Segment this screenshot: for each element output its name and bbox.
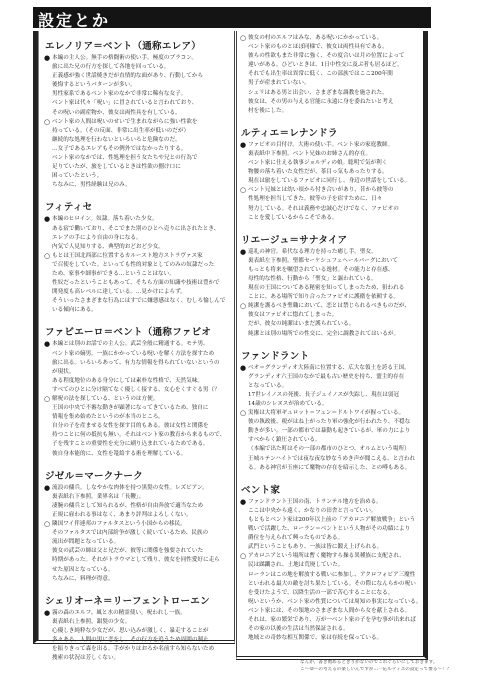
character-section: フィティセ●本編のヒロイン。奴隷。落ち着いた少女。ある宿で働いており、そこでまた…: [45, 199, 230, 315]
character-section: ジゼル＝マークナーク●流浪の傭兵。しなやかな肉体を持つ黒髪の女性。レズビアン。裏…: [45, 468, 230, 584]
text-line: ベント家のものとほぼ同様で、彼女は両性具有である。: [248, 43, 419, 52]
hollow-bullet-icon: ○: [44, 118, 50, 127]
text-line: 男性家系であるベント家のなかで非常に稀有な女子。: [52, 90, 230, 99]
text-line: 戦いで活躍した、ローラン＝ベントという人物がその功績により: [248, 525, 419, 534]
filled-bullet-icon: ●: [240, 248, 246, 257]
profile-paragraph: ●霧の森のエルフ。風と水の精霊使い。呪われし一族。裏表紙右上参照。銀髪の少女。心…: [45, 609, 230, 664]
filled-bullet-icon: ●: [240, 141, 246, 150]
text-line: ある宿で働いており、そこでまた別のひとへ売りに出されたとき、: [52, 225, 230, 234]
filled-bullet-icon: ●: [240, 364, 246, 373]
text-line: といわれる最大の敵を討ち果たしている。その際になんらかの呪い: [248, 580, 419, 589]
text-line: すべてのひとに分け隔てなく優しく接する、女心をくすぐる男（？: [52, 386, 230, 395]
text-line: 開発度も高レベルに達している。…見かけによらず。: [52, 288, 230, 297]
secret-paragraph: ○ベント家の人間は呪いのせいで生まれながらに強い性欲を持っている。（その反面、非…: [45, 118, 230, 191]
text-line: 爵位を与えられて興ったものである。: [248, 534, 419, 543]
right-column: ○彼女の村のエルフはみな、ある呪いにかかっている。ベント家のものとほぼ同様で、彼…: [236, 31, 428, 660]
filled-bullet-icon: ●: [44, 54, 50, 63]
text-line: 民は蹂躙され、土地は荒廃していた。: [248, 561, 419, 570]
text-line: その呪いの副産物か、彼女は両性具を有している。: [52, 109, 230, 118]
left-column: エレノリア＝ベント（通称エレア）●本編の主人公。無手の格闘術の使い手。極度のブラ…: [33, 31, 235, 644]
hollow-bullet-icon: ○: [240, 409, 246, 418]
section-title: フィティセ: [45, 199, 230, 213]
secret-paragraph: ○純潔を護るべき聖職において、恋とは禁じられるべきものだが、彼女はファビオに惚れ…: [241, 302, 419, 338]
text-line: いる傾向にある。: [52, 306, 230, 315]
text-line: 困っていたという。: [52, 172, 230, 181]
filled-bullet-icon: ●: [44, 484, 50, 493]
text-line: 地域との奇妙な相互関係で、家は存続を保っている。: [248, 634, 419, 643]
profile-paragraph: ●本編の主人公。無手の格闘術の使い手。極度のブラコン。旅に出た兄の行方を探して各…: [45, 54, 230, 118]
hollow-bullet-icon: ○: [44, 252, 50, 261]
character-section: エレノリア＝ベント（通称エレア）●本編の主人公。無手の格闘術の使い手。極度のブラ…: [45, 38, 230, 190]
text-line: 彼女は、その男の与える官能に永遠に身を委ねたいと考え: [248, 98, 419, 107]
text-line: ベント家のなかでは、性処理を担う女たちや兄との行為で: [52, 154, 230, 163]
secret-paragraph: ○隣国ワイ伴連邦のファルタスという小国からの移民。そのファルタスでは内部紛争が激…: [45, 520, 230, 584]
profile-paragraph: ●ベオ＝グランディオ大陸南に位置する、広大な領土を誇る王国。グランディオ六王国の…: [241, 364, 419, 409]
text-line: だが、彼女の純潔はいまだ護られている。: [248, 320, 419, 329]
text-line: 彼の執政後、税がはね上がったり軍の強化が行われたり、不穏な: [248, 418, 419, 427]
character-section: ベント家●ファンドラント王国の南、トランテル地方を治める。ここは中央から遠く、か…: [241, 482, 419, 644]
text-line: 違いがある。ひどいときは、1日中性交に及ぶ者も居るほど。: [248, 61, 419, 70]
section-title: ファビエーロ＝ベント（通称ファビオ: [45, 324, 230, 338]
character-section: シェリオーネ＝リーフェントローエン●霧の森のエルフ。風と水の精霊使い。呪われし一…: [45, 593, 230, 664]
hollow-bullet-icon: ○: [240, 34, 246, 43]
section-title: シェリオーネ＝リーフェントローエン: [45, 593, 230, 607]
text-line: 足りていたが、旅をしているときは性欲の捌け口に: [52, 163, 230, 172]
character-section: ○彼女の村のエルフはみな、ある呪いにかかっている。ベント家のものとほぼ同様で、彼…: [241, 34, 419, 116]
text-line: 内気で人見知りする、典型的おどおど少女。: [52, 243, 230, 252]
profile-paragraph: ●巡礼の神官。希代なる理力を持った癒し手。聖女。裏表紙左下参照。聖都セーケシュフ…: [241, 248, 419, 303]
hollow-bullet-icon: ○: [240, 552, 246, 561]
text-line: …女子であるエレアもその例外ではなかったりする。: [52, 145, 230, 154]
text-line: 旅に出た兄の行方を探して各地を回っている。: [52, 63, 230, 72]
text-line: 現在の王国についてある秘密を知ってしまったため、狙われる: [248, 284, 419, 293]
text-line: 持っている。（その反面、非常に出生率が低いのだが）: [52, 127, 230, 136]
profile-paragraph: ●流浪の傭兵。しなやかな肉体を持つ黒髪の女性。レズビアン。裏表紙右下参照。業界名…: [45, 484, 230, 520]
text-line: ファンドラント王国の南、トランテル地方を治める。: [248, 498, 419, 507]
text-line: 努力している。それは義務や忠誠心だけでなく、ファビオの: [248, 205, 419, 214]
text-line: 持つことに何の抵抗も無い。それはベント家の教育から来るもので、: [52, 431, 230, 440]
filled-bullet-icon: ●: [44, 215, 50, 224]
text-line: そのファルタスでは内部紛争が激しく続いているため、民族の: [52, 529, 230, 538]
text-line: 巡礼の神官。希代なる理力を持った癒し手。聖女。: [248, 248, 419, 257]
text-line: アカロニアという場所は暫く魔物すら操る異種族に支配され、: [248, 552, 419, 561]
text-line: 彼女の武芸の師は父と兄だが、彼等に関係を強要されていた: [52, 547, 230, 556]
character-section: リエージュ＝サナタイア●巡礼の神官。希代なる理力を持った癒し手。聖女。裏表紙左下…: [241, 232, 419, 339]
text-line: ベント家は代々「呪い」に冒されていると言われており、: [52, 99, 230, 108]
text-line: もともとベント家は200年以上前の「アカロニア解放戦争」という: [248, 516, 419, 525]
text-line: 時期があった。それがトラウマとして残り、彼女を同性愛好に走ら: [52, 556, 230, 565]
section-title: ルティエ＝レナンドラ: [241, 125, 419, 139]
text-line: ベント家の人間は呪いのせいで生まれながらに強い性欲を: [52, 118, 230, 127]
text-line: 村を後にした。: [248, 107, 419, 116]
text-line: 旅に出る。いろいろあって、有力な情報を得られていないというの: [52, 359, 230, 368]
secret-paragraph: ○もとは王国北西部に位置するカルースト地方ストラヴァス家で召使をしていた。といっ…: [45, 252, 230, 316]
hollow-bullet-icon: ○: [240, 302, 246, 311]
text-line: 正義感が強く世話焼きだが直情的な面があり、行動してから: [52, 72, 230, 81]
secret-paragraph: ○アカロニアという場所は暫く魔物すら操る異種族に支配され、民は蹂躙され、土地は荒…: [241, 552, 419, 643]
text-line: それでも出生率は異常に低く、この部族ではここ200年間: [248, 70, 419, 79]
text-line: 王国の中央で不審な動きが顕著になってきているため、独自に: [52, 404, 230, 413]
text-line: もっとも将来を嘱望されている逸材。その能力と存在感、: [248, 266, 419, 275]
text-line: 心優しき純粋な少女だが、思い込みが激しく、暴走することが: [52, 627, 230, 636]
text-line: 流浪の傭兵。しなやかな肉体を持つ黒髪の女性。レズビアン。: [52, 484, 230, 493]
text-line: 実権は大将軍ギュロット＝フェン＝ドルトワイが握っている。: [248, 409, 419, 418]
text-line: ある程度地位のある身分にしては素朴な性格で、天然気味。: [52, 377, 230, 386]
text-line: を振りきって森を出る。手がかりはおろか名前すら知らないため: [52, 645, 230, 654]
text-line: 凄腕の傭兵として知られるが、性格が自由奔放で適当なため: [52, 502, 230, 511]
text-line: （本編で出た町はその一部の都市のひとつ、オルムという場所）: [248, 445, 419, 454]
text-line: ローランはこの地を解放する戦いに参加し、アクロフォビア三魔性: [248, 571, 419, 580]
text-line: 正規に雇われる事はなく、あまり評判はよろしくない。: [52, 511, 230, 520]
text-line: それは、家の繁栄であり、万が一ベント家の子を孕む事が出来れば: [248, 616, 419, 625]
text-line: 彼らの性欲もまた非常に強く、その度合いは月の位置によって: [248, 52, 419, 61]
text-line: 彼女の村のエルフはみな、ある呪いにかかっている。: [248, 34, 419, 43]
profile-paragraph: ●本編のヒロイン。奴隷。落ち着いた少女。ある宿で働いており、そこでまた別のひとへ…: [45, 215, 230, 251]
text-line: 後悔するというパターンが多い。: [52, 81, 230, 90]
text-line: 彼自身本能的に、女性を篭絡する術を理解している。: [52, 450, 230, 459]
text-line: を受けたようで、以降生活の一部で苦心することになる。: [248, 589, 419, 598]
text-line: ことを愛しているからこそである。: [248, 214, 419, 223]
page-title: 設定とか: [38, 8, 110, 31]
filled-bullet-icon: ●: [240, 498, 246, 507]
profile-paragraph: ●ファンドラント王国の南、トランテル地方を治める。ここは中央から遠く、かなりの田…: [241, 498, 419, 553]
text-line: エレアの手により自由の身になる。: [52, 234, 230, 243]
text-line: 継続的な処理を行わないといろいろと危険なのだ。: [52, 136, 230, 145]
text-line: 情報を集め始めたというのが本当のところ。: [52, 413, 230, 422]
text-line: る。ある神官が玉座にて魔物の存在を暗示した、との噂もある。: [248, 464, 419, 473]
text-line: 多々ある。人間の男に恋をし、その行方を追うため周囲の制止: [52, 636, 230, 645]
filled-bullet-icon: ●: [44, 609, 50, 618]
hollow-bullet-icon: ○: [44, 395, 50, 404]
text-line: 霧の森のエルフ。風と水の精霊使い。呪われし一族。: [52, 609, 230, 618]
section-title: ジゼル＝マークナーク: [45, 468, 230, 482]
page-header: 設定とか: [33, 7, 431, 28]
section-title: エレノリア＝ベント（通称エレア）: [45, 38, 230, 52]
text-line: その家の以後の生活は当然保証される。: [248, 625, 419, 634]
text-line: 物腰の落ち着いた女性だが、茶目っ気もあったりする。: [248, 168, 419, 177]
section-title: リエージュ＝サナタイア: [241, 232, 419, 246]
text-line: 王城ルテンハイトでは夜な夜な妙なうめき声が聞こえる、と言われ: [248, 455, 419, 464]
profile-paragraph: ●ファビオの目付け。大術の使い手。ベント家の家庭教師。裏表紙中下参照。ベント兄妹…: [241, 141, 419, 186]
text-line: 性奴だったということもあって、そちら方面の知識や技術は豊かで: [52, 279, 230, 288]
hollow-bullet-icon: ○: [44, 520, 50, 529]
text-line: 本編のヒロイン。奴隷。落ち着いた少女。: [52, 215, 230, 224]
filled-bullet-icon: ●: [44, 340, 50, 349]
text-line: ベント家の嫡男。一族にかかっている呪いを解く方法を探すため: [52, 350, 230, 359]
footer-note-line: こ〜ゆ〜の考えるの楽しいんですが…一応ルティエの設定って要る〜！？: [300, 667, 480, 674]
secret-paragraph: ○ベント兄妹とは幼い頃から付き合いがあり、昔から彼等の性処理を担当してきた。彼等…: [241, 186, 419, 222]
text-line: ベント家に仕える執事ジョルディの娘。聡明で気が利く: [248, 159, 419, 168]
text-line: 子を残すことの重要性を充分に刷り込まれているためである。: [52, 440, 230, 449]
text-line: グランディオ六王国のなかで最も古い歴史を持ち、盟主的存在: [248, 373, 419, 382]
character-section: ファビエーロ＝ベント（通称ファビオ●本編とは別のお話での主人公。武芸全般に精通す…: [45, 324, 230, 458]
text-line: 武門ということもあり、一族は皆に鍛え上げられる。: [248, 543, 419, 552]
section-title: ベント家: [241, 482, 419, 496]
text-line: ベント兄妹とは幼い頃から付き合いがあり、昔から彼等の: [248, 186, 419, 195]
character-section: ファンドラント●ベオ＝グランディオ大陸南に位置する、広大な領土を誇る王国。グラン…: [241, 348, 419, 473]
text-line: 男子が産まれていない。: [248, 79, 419, 88]
character-section: ルティエ＝レナンドラ●ファビオの目付け。大術の使い手。ベント家の家庭教師。裏表紙…: [241, 125, 419, 223]
text-line: 純潔を護るべき聖職において、恋とは禁じられるべきものだが、: [248, 302, 419, 311]
text-line: 裏表紙左下参照。聖都セーケシュフェヘールバーグにおいて: [248, 257, 419, 266]
text-line: すべからく鎮圧されている。: [248, 436, 419, 445]
section-title: ファンドラント: [241, 348, 419, 362]
text-line: 現在は旅をしているファビオに同行し、身辺の世話をしている。: [248, 177, 419, 186]
text-line: 隣国ワイ伴連邦のファルタスという小国からの移民。: [52, 520, 230, 529]
text-line: 解呪の法を探している、というのは方便。: [52, 395, 230, 404]
text-line: 裏表紙右下参照。業界名は「長鞭」。: [52, 493, 230, 502]
text-line: 動きが多い。一部の都市では暴動も起きているが、軍の力により: [248, 427, 419, 436]
text-line: 彼女はファビオに惚れてしまった。: [248, 311, 419, 320]
text-line: が現状。: [52, 368, 230, 377]
text-line: ファビオの目付け。大術の使い手。ベント家の家庭教師。: [248, 141, 419, 150]
text-line: 母性的な性格、行動から「聖女」と謳われている。: [248, 275, 419, 284]
text-line: せた原因となっている。: [52, 566, 230, 575]
text-line: 性処理を担当してきた。彼等の子を宿すために、日々: [248, 195, 419, 204]
text-line: 本編の主人公。無手の格闘術の使い手。極度のブラコン。: [52, 54, 230, 63]
text-line: ため、家事や細事ができる…ということはない。: [52, 270, 230, 279]
text-line: 裏表紙右上参照。銀髪の少女。: [52, 618, 230, 627]
footer-note: なんか、書き始めるときりがないのでこれぐらいにしておきます。 こ〜ゆ〜の考えるの…: [300, 660, 480, 673]
hollow-bullet-icon: ○: [240, 186, 246, 195]
text-line: 呪いというか、ベント家の性質については周知の事実になっている。: [248, 598, 419, 607]
text-line: 自分の子を産ませる女性を探す目的もある。彼は女性と関係を: [52, 422, 230, 431]
text-line: となっている。: [248, 382, 419, 391]
text-line: ベント家には、その領地のさまざまな人間から女を献上される。: [248, 607, 419, 616]
text-line: もとは王国北西部に位置するカルースト地方ストラヴァス家: [52, 252, 230, 261]
secret-paragraph: ○解呪の法を探している、というのは方便。王国の中央で不審な動きが顕著になってきて…: [45, 395, 230, 459]
text-line: そういったさまざまな行為にはすでに嫌悪感はなく、むしろ愉しんで: [52, 297, 230, 306]
secret-paragraph: ○実権は大将軍ギュロット＝フェン＝ドルトワイが握っている。彼の執政後、税がはね上…: [241, 409, 419, 473]
text-line: 裏表紙中下参照。ベント兄妹のお姉さん的存在。: [248, 150, 419, 159]
text-line: 本編とは別のお話での主人公。武芸全般に精通する。モテ男。: [52, 340, 230, 349]
text-line: 流出が問題となっている。: [52, 538, 230, 547]
text-line: 純潔とは別の場所での性交に、完全に調教されてはいるが。: [248, 330, 419, 339]
text-line: 捜索の状況は芳しくない。: [52, 654, 230, 663]
text-line: ことに。ある場所で知り合ったファビオに護衛を依頼する。: [248, 293, 419, 302]
text-line: シェリはある男と出会い、さまざまな調教を施された。: [248, 89, 419, 98]
text-line: ベオ＝グランディオ大陸南に位置する、広大な領土を誇る王国。: [248, 364, 419, 373]
text-line: で召使をしていた。といっても性的対象としてのみの奴隷だった: [52, 261, 230, 270]
text-line: ちなみに、男性経験は兄のみ。: [52, 181, 230, 190]
profile-paragraph: ●本編とは別のお話での主人公。武芸全般に精通する。モテ男。ベント家の嫡男。一族に…: [45, 340, 230, 395]
secret-paragraph: ○彼女の村のエルフはみな、ある呪いにかかっている。ベント家のものとほぼ同様で、彼…: [241, 34, 419, 116]
text-line: ちなみに、料理が得意。: [52, 575, 230, 584]
text-line: ここは中央から遠く、かなりの田舎と言っていい。: [248, 507, 419, 516]
text-line: 17世レイノスの死後、長子ジェイノスが失踪し、現在は弱冠: [248, 391, 419, 400]
text-line: 14歳のシレヌスが治めている。: [248, 400, 419, 409]
